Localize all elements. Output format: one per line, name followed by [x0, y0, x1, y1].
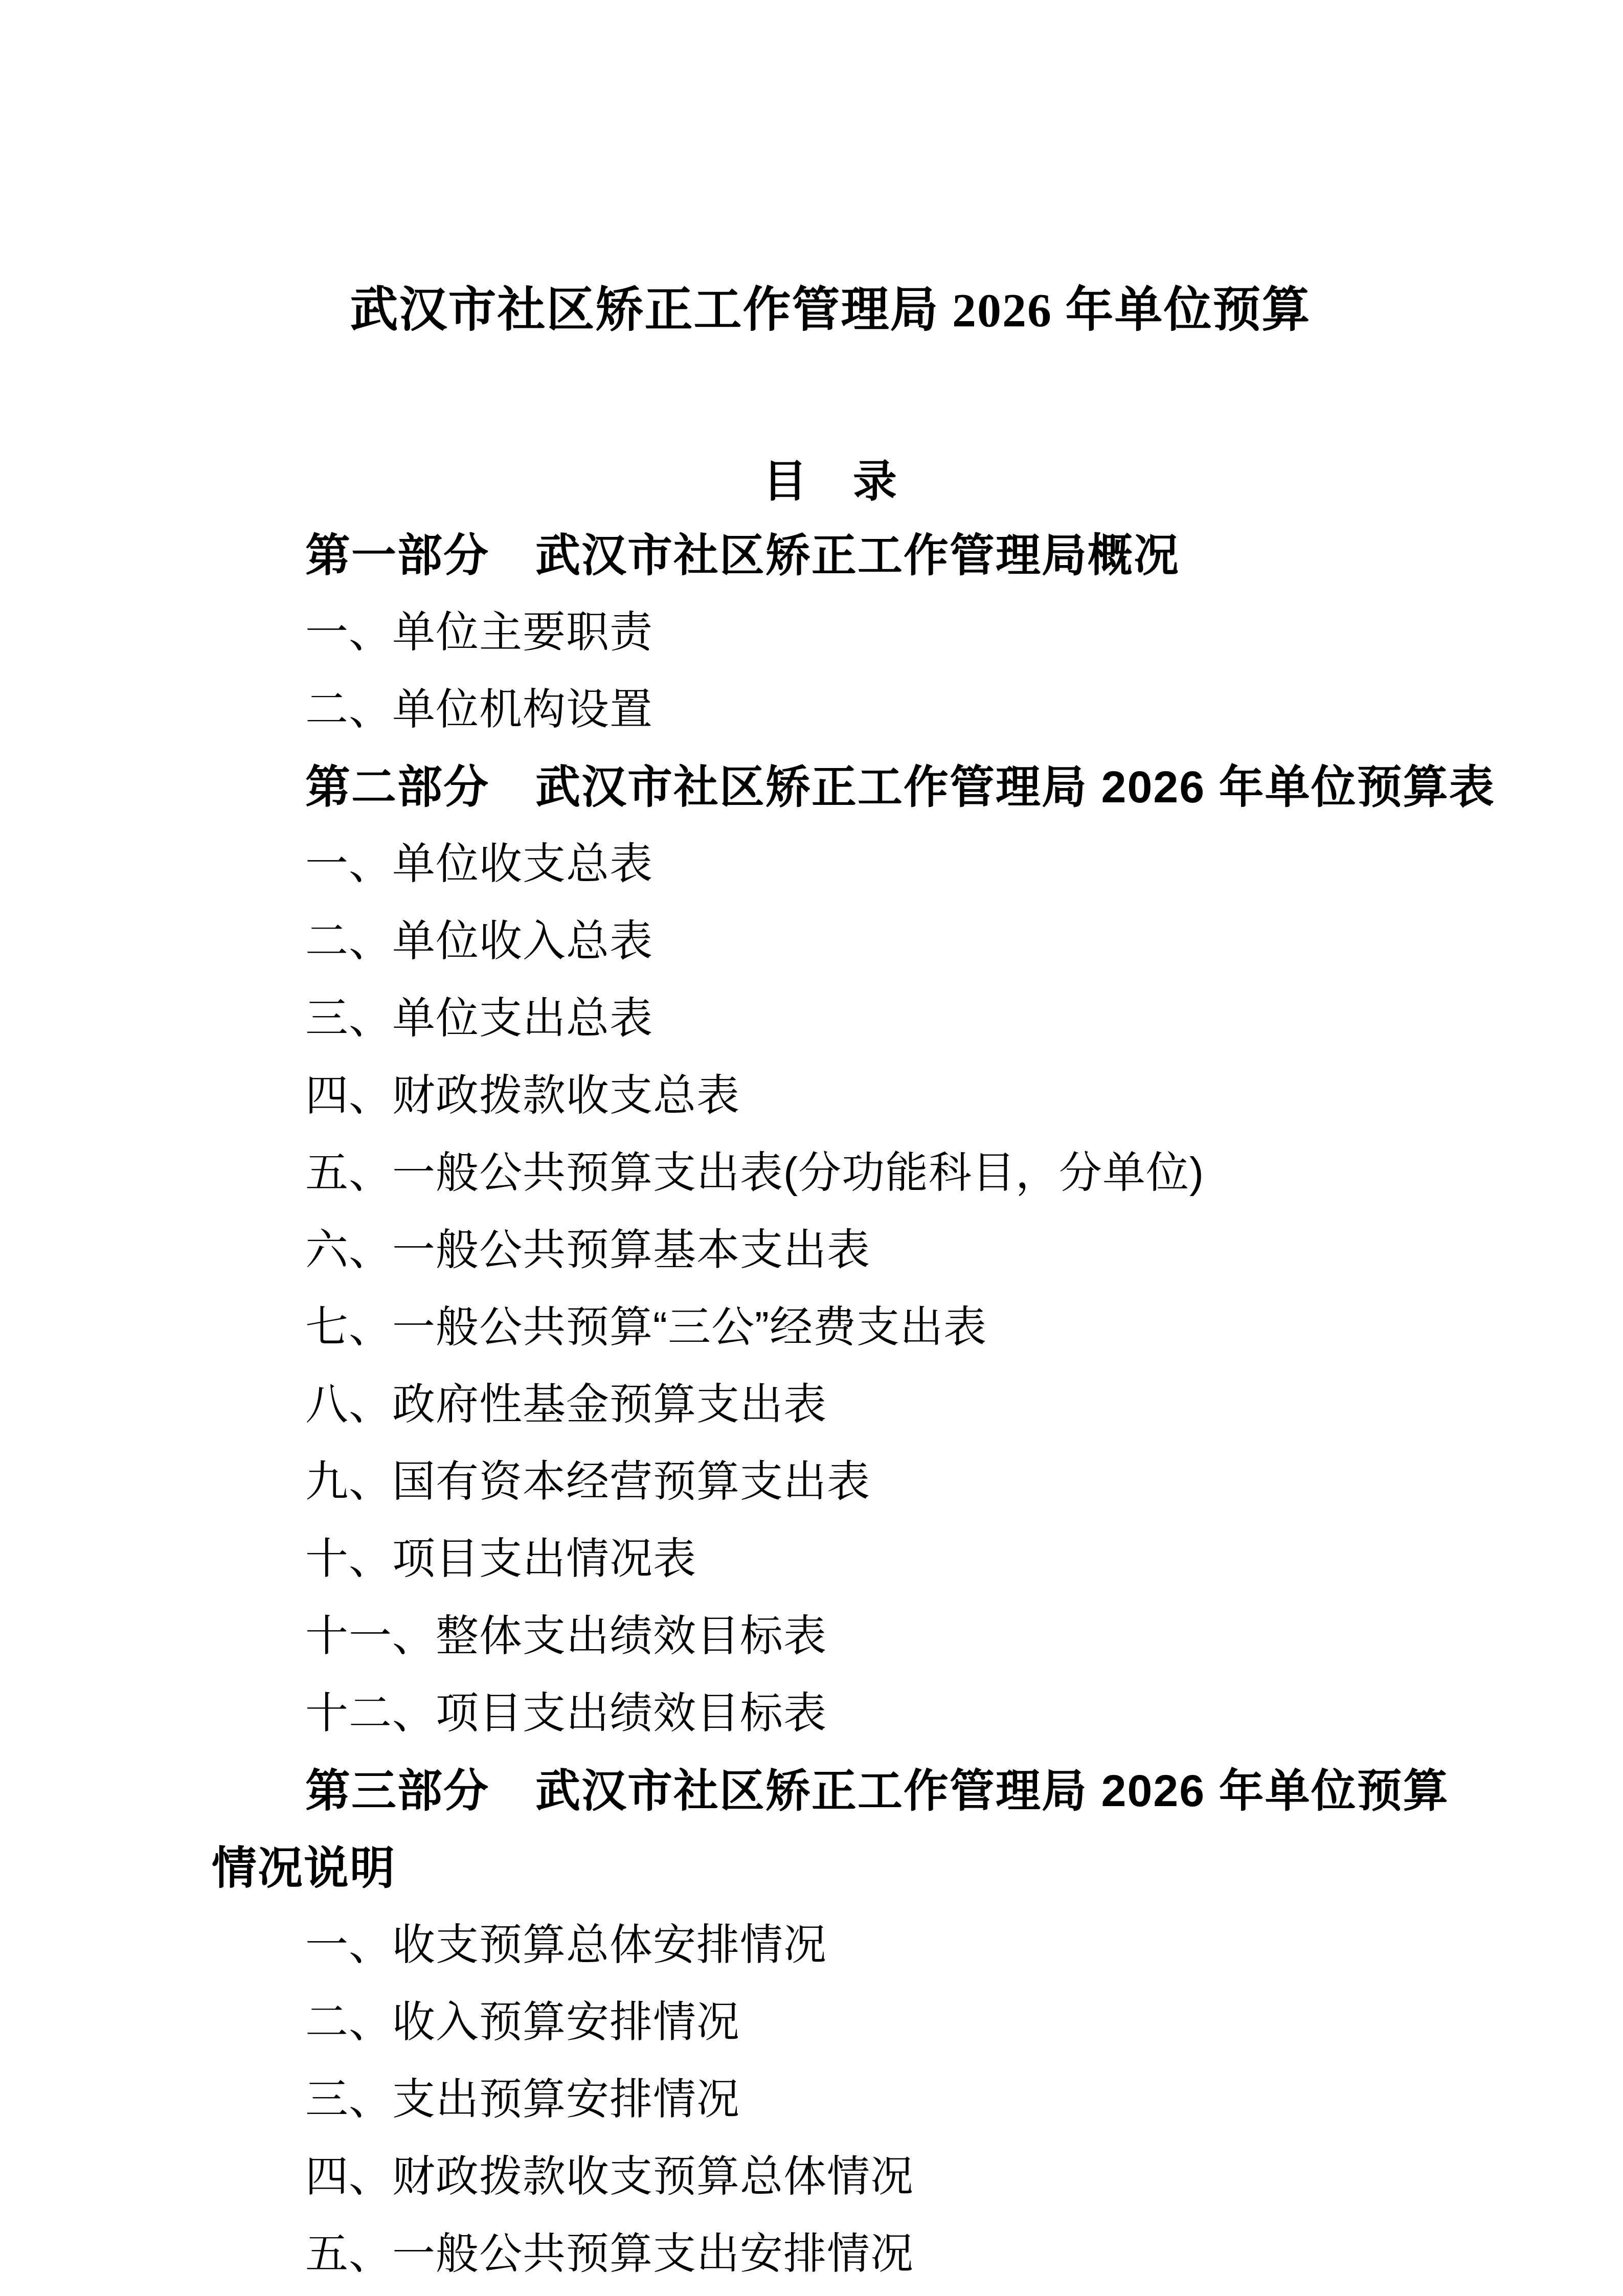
- toc: 第一部分 武汉市社区矫正工作管理局概况 一、单位主要职责 二、单位机构设置 第二…: [212, 516, 1449, 2292]
- toc-item: 一、单位收支总表: [212, 825, 1449, 903]
- toc-item: 三、单位支出总表: [212, 980, 1449, 1057]
- toc-item: 二、单位收入总表: [212, 903, 1449, 980]
- toc-item: 四、财政拨款收支总表: [212, 1057, 1449, 1134]
- toc-item: 十、项目支出情况表: [212, 1520, 1449, 1597]
- toc-item: 五、一般公共预算支出安排情况: [212, 2215, 1449, 2292]
- toc-item: 三、支出预算安排情况: [212, 2061, 1449, 2138]
- document-page: 武汉市社区矫正工作管理局 2026 年单位预算 目 录 第一部分 武汉市社区矫正…: [0, 0, 1623, 2296]
- toc-item: 一、单位主要职责: [212, 594, 1449, 671]
- toc-item: 十一、整体支出绩效目标表: [212, 1597, 1449, 1675]
- toc-part1-heading: 第一部分 武汉市社区矫正工作管理局概况: [212, 516, 1449, 594]
- toc-item: 十二、项目支出绩效目标表: [212, 1675, 1449, 1752]
- toc-item: 六、一般公共预算基本支出表: [212, 1211, 1449, 1289]
- toc-item: 七、一般公共预算“三公”经费支出表: [212, 1289, 1449, 1366]
- toc-item: 八、政府性基金预算支出表: [212, 1366, 1449, 1443]
- document-title: 武汉市社区矫正工作管理局 2026 年单位预算: [212, 285, 1449, 336]
- toc-item: 一、收支预算总体安排情况: [212, 1906, 1449, 1984]
- toc-heading: 目 录: [212, 457, 1449, 506]
- toc-item: 二、单位机构设置: [212, 671, 1449, 748]
- toc-item: 九、国有资本经营预算支出表: [212, 1443, 1449, 1520]
- toc-item: 五、一般公共预算支出表(分功能科目，分单位): [212, 1134, 1449, 1211]
- toc-item: 二、收入预算安排情况: [212, 1984, 1449, 2061]
- toc-part2-heading: 第二部分 武汉市社区矫正工作管理局 2026 年单位预算表: [212, 748, 1449, 825]
- toc-item: 四、财政拨款收支预算总体情况: [212, 2138, 1449, 2215]
- toc-part3-heading: 第三部分 武汉市社区矫正工作管理局 2026 年单位预算情况说明: [212, 1752, 1449, 1906]
